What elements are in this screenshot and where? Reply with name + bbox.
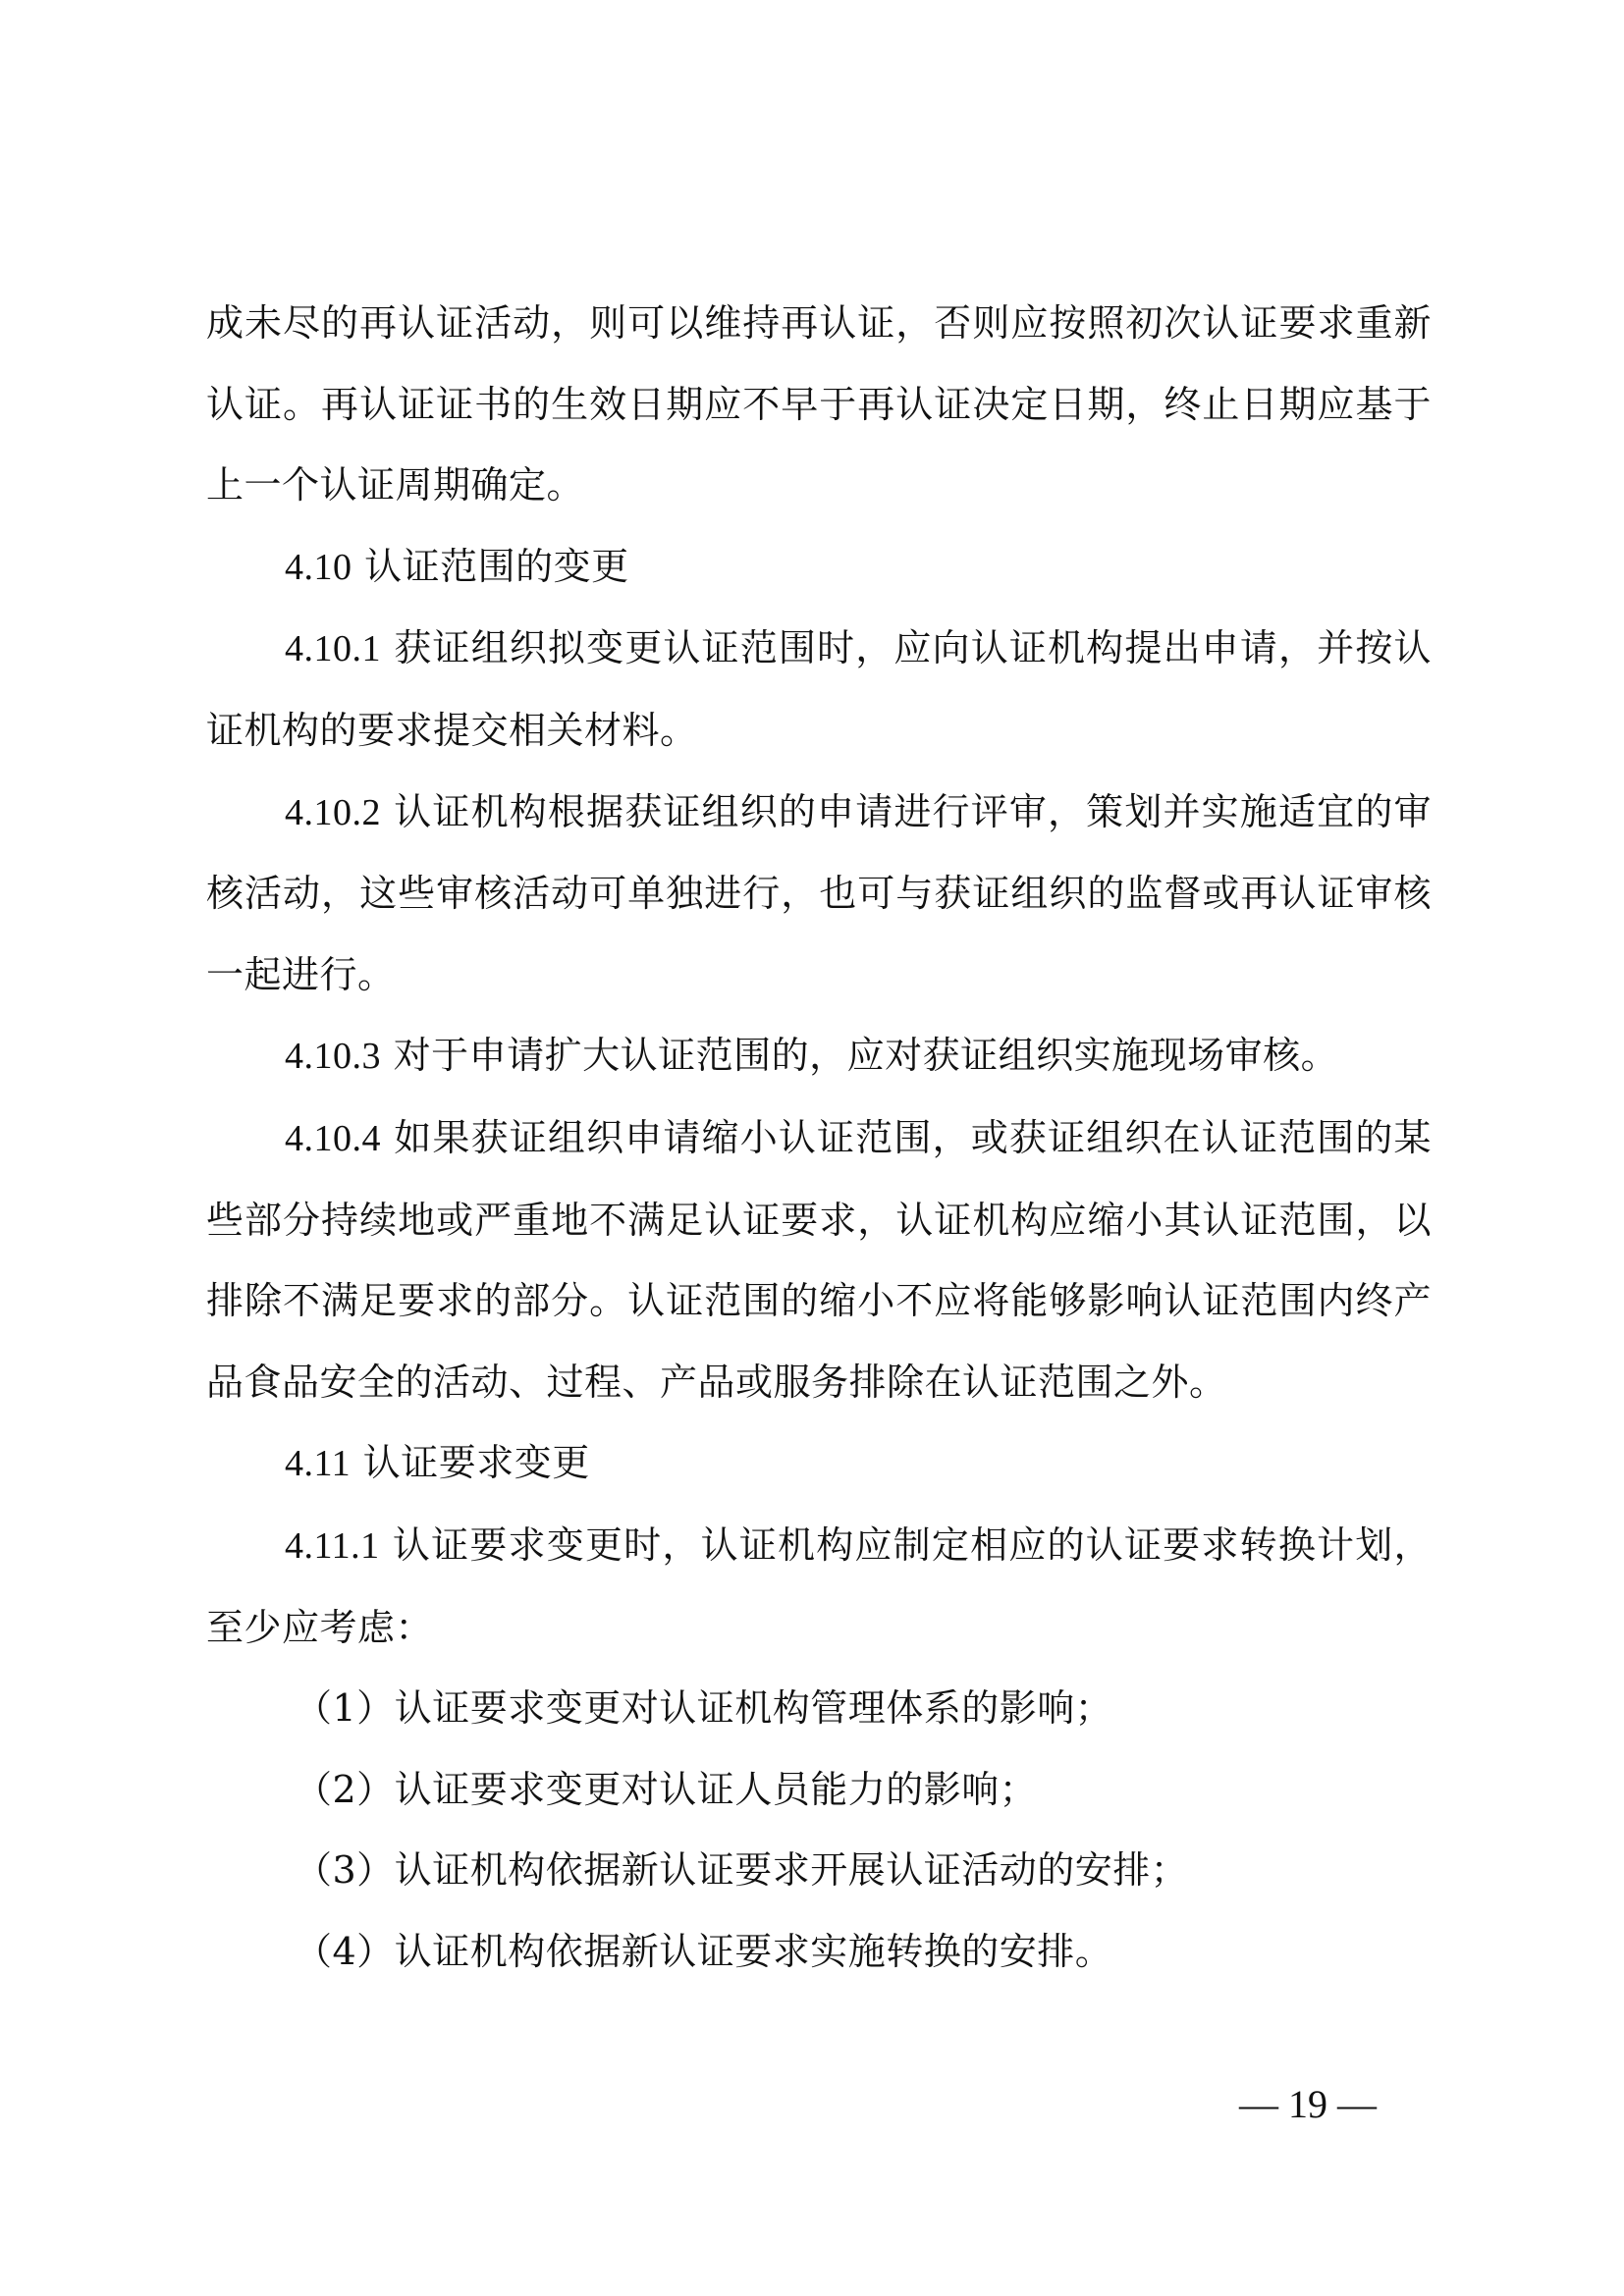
clause-number: 4.10.1 <box>285 628 381 669</box>
clause-4-11-1: 4.11.1 认证要求变更时，认证机构应制定相应的认证要求转换计划，至少应考虑： <box>206 1505 1432 1668</box>
page-number: — 19 — <box>1239 2081 1377 2127</box>
list-text: 认证机构依据新认证要求实施转换的安排。 <box>395 1930 1113 1973</box>
section-title: 认证范围的变更 <box>364 545 629 588</box>
clause-text: 认证要求变更时，认证机构应制定相应的认证要求转换计划，至少应考虑： <box>206 1523 1432 1649</box>
list-marker: （4） <box>295 1930 395 1973</box>
clause-number: 4.10.2 <box>285 792 381 833</box>
section-title: 认证要求变更 <box>363 1441 590 1484</box>
section-heading-4-11: 4.11 认证要求变更 <box>206 1422 1432 1505</box>
section-number: 4.10 <box>285 547 352 588</box>
list-text: 认证机构依据新认证要求开展认证活动的安排； <box>395 1848 1189 1892</box>
document-body: 成未尽的再认证活动，则可以维持再认证，否则应按照初次认证要求重新认证。再认证证书… <box>206 283 1432 1992</box>
section-heading-4-10: 4.10 认证范围的变更 <box>206 526 1432 609</box>
clause-text: 对于申请扩大认证范围的，应对获证组织实施现场审核。 <box>394 1034 1339 1077</box>
clause-4-10-1: 4.10.1 获证组织拟变更认证范围时，应向认证机构提出申请，并按认证机构的要求… <box>206 608 1432 771</box>
clause-text: 如果获证组织申请缩小认证范围，或获证组织在认证范围的某些部分持续地或严重地不满足… <box>206 1116 1432 1404</box>
list-item: （2）认证要求变更对认证人员能力的影响； <box>206 1749 1432 1831</box>
list-marker: （1） <box>295 1686 395 1730</box>
clause-number: 4.10.3 <box>285 1036 381 1077</box>
clause-number: 4.10.4 <box>285 1118 381 1159</box>
clause-number: 4.11.1 <box>285 1525 380 1567</box>
list-text: 认证要求变更对认证机构管理体系的影响； <box>395 1686 1113 1730</box>
list-item: （3）认证机构依据新认证要求开展认证活动的安排； <box>206 1830 1432 1911</box>
clause-4-10-3: 4.10.3 对于申请扩大认证范围的，应对获证组织实施现场审核。 <box>206 1015 1432 1097</box>
document-page: 成未尽的再认证活动，则可以维持再认证，否则应按照初次认证要求重新认证。再认证证书… <box>0 0 1624 2296</box>
clause-text: 获证组织拟变更认证范围时，应向认证机构提出申请，并按认证机构的要求提交相关材料。 <box>206 626 1432 752</box>
list-text: 认证要求变更对认证人员能力的影响； <box>395 1768 1038 1811</box>
list-marker: （2） <box>295 1768 395 1811</box>
list-marker: （3） <box>295 1848 395 1892</box>
clause-4-10-2: 4.10.2 认证机构根据获证组织的申请进行评审，策划并实施适宜的审核活动，这些… <box>206 772 1432 1016</box>
section-number: 4.11 <box>285 1443 351 1484</box>
list-item: （1）认证要求变更对认证机构管理体系的影响； <box>206 1668 1432 1749</box>
paragraph-continuation: 成未尽的再认证活动，则可以维持再认证，否则应按照初次认证要求重新认证。再认证证书… <box>206 283 1432 526</box>
list-item: （4）认证机构依据新认证要求实施转换的安排。 <box>206 1911 1432 1993</box>
clause-4-10-4: 4.10.4 如果获证组织申请缩小认证范围，或获证组织在认证范围的某些部分持续地… <box>206 1097 1432 1422</box>
clause-text: 认证机构根据获证组织的申请进行评审，策划并实施适宜的审核活动，这些审核活动可单独… <box>206 790 1432 996</box>
